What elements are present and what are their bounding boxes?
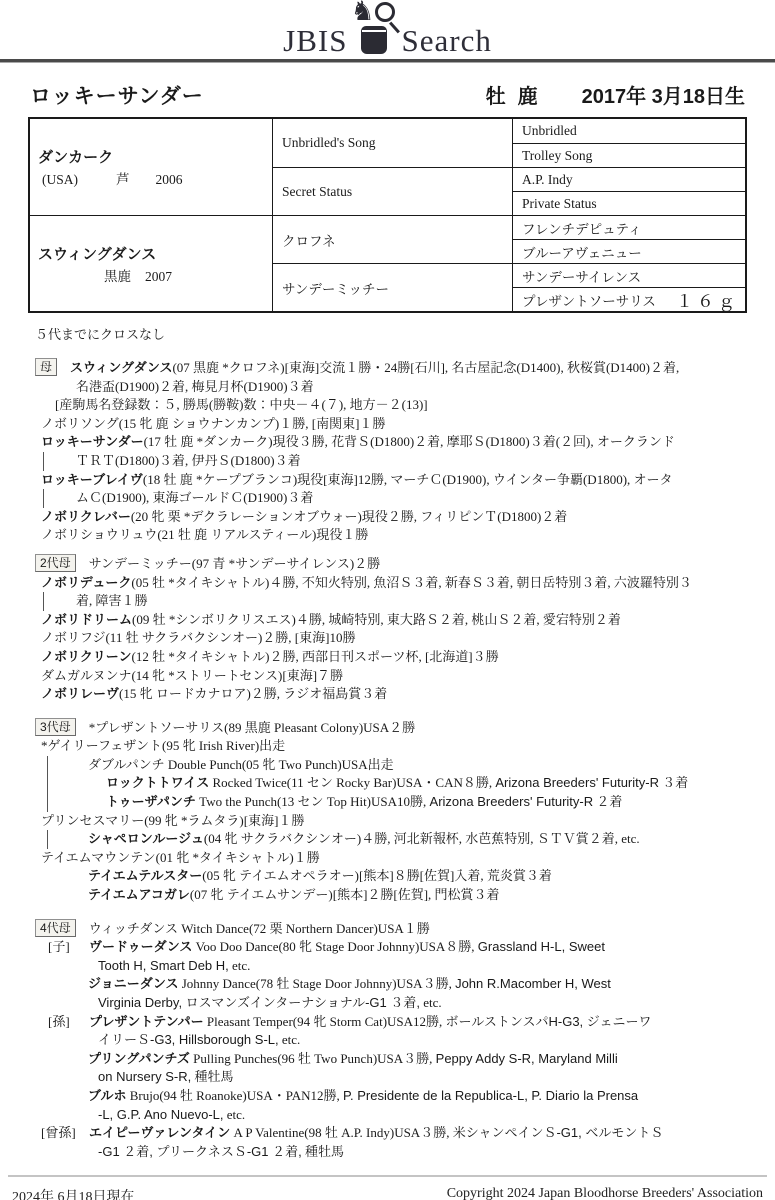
horse-name-bold: ブルホ: [88, 1088, 126, 1103]
horse-sex: 牡: [486, 80, 506, 109]
pedigree-line: ノボリショウリュウ(21 牡 鹿 リアルスティール)現役１勝: [35, 526, 755, 545]
pedigree-line: [産駒馬名登録数：５, 勝馬(勝鞍)数：中央－４(７), 地方－２(13)]: [35, 396, 755, 415]
detail-text: ノボリソング(15 牝 鹿 ショウナンカンプ)１勝, [南関東]１勝: [41, 416, 385, 431]
detail-text: (18 牡 鹿 *ケープブランコ)現役[東海]12勝, マーチＣ(D1900),…: [143, 472, 673, 487]
section-label: 4代母: [35, 919, 76, 937]
detail-text: 種牡馬: [191, 1069, 233, 1084]
race-name-text: -G1 ２着, プリークネスＳ-G1 ２着,: [98, 1144, 302, 1159]
race-name-text: P. Presidente de la Republica-L, P. Diar…: [343, 1088, 638, 1103]
pedigree-line: Virginia Derby, ロスマンズインターナショナル-G1 ３着, et…: [35, 994, 755, 1013]
pedigree-cell-grandparent: ブルーアヴェニュー: [512, 239, 745, 263]
pedigree-section: 4代母ウィッチダンス Witch Dance(72 栗 Northern Dan…: [35, 919, 755, 1162]
pedigree-line: ブルホ Brujo(94 牡 Roanoke)USA・PAN12勝, P. Pr…: [35, 1087, 755, 1106]
horse-name-bold: プレザントテンパー: [89, 1014, 204, 1029]
pedigree-section: 母スウィングダンス(07 黒鹿 *クロフネ)[東海]交流１勝・24勝[石川], …: [35, 358, 755, 545]
detail-text: [産駒馬名登録数：５, 勝馬(勝鞍)数：中央－４(７), 地方－２(13)]: [55, 397, 428, 412]
pedigree-report-page: { "colors": { "text":"#1a1a1a", "header_…: [0, 0, 775, 1200]
detail-text: ３着: [659, 775, 688, 790]
pedigree-line: シャペロンルージュ(04 牝 サクラバクシンオー)４勝, 河北新報杯, 水芭蕉特…: [35, 830, 755, 849]
detail-text: Voo Doo Dance(80 牝 Stage Door Johnny)USA…: [192, 939, 477, 954]
detail-text: 種牡馬: [302, 1144, 344, 1159]
page-footer: 2024年 6月18日現在 Copyright 2024 Japan Blood…: [8, 1175, 767, 1200]
pedigree-line: ロッキーブレイヴ(18 牡 鹿 *ケープブランコ)現役[東海]12勝, マーチＣ…: [35, 471, 755, 490]
grandparent-name: プレザントソーサリス: [522, 290, 656, 310]
magnifier-handle: [390, 22, 401, 34]
race-name-text: 米シャンペインＳ-G1, ベルモントＳ: [453, 1125, 664, 1140]
pedigree-line: 2代母サンデーミッチー(97 青 *サンデーサイレンス)２勝: [35, 554, 755, 574]
pedigree-line: ノボリクレバー(20 牝 栗 *デクラレーションオブウォー)現役２勝, フィリピ…: [35, 508, 755, 527]
jbis-logo-icon: ♞: [349, 2, 399, 56]
generation-prefix: [子]: [48, 938, 89, 957]
detail-text: (12 牡 *タイキシャトル)２勝, 西部日刊スポーツ杯, [北海道]３勝: [131, 649, 498, 664]
horse-name-bold: エイピーヴァレンタイン: [89, 1125, 230, 1140]
pedigree-line: ノボリフジ(11 牡 サクラバクシンオー)２勝, [東海]10勝: [35, 629, 755, 648]
pedigree-cell-parent: サンデーミッチー: [272, 263, 512, 311]
pedigree-cell-grandparent: Private Status: [512, 191, 745, 215]
horse-name-bold: ロッキーブレイヴ: [41, 472, 143, 487]
winners-circle-shape: [361, 26, 387, 54]
detail-text: ＴＲＴ(D1800)３着, 伊丹Ｓ(D1800)３着: [76, 453, 301, 468]
detail-text: ウィッチダンス Witch Dance(72 栗 Northern Dancer…: [89, 921, 430, 936]
detail-text: Brujo(94 牡 Roanoke)USA・PAN12勝,: [126, 1088, 343, 1103]
dam-detail: 黒鹿2007: [38, 265, 172, 285]
detail-text: (15 牝 ロードカナロア)２勝, ラジオ福島賞３着: [119, 686, 387, 701]
detail-text: (07 牝 テイエムサンデー)[熊本]２勝[佐賀], 門松賞３着: [190, 887, 500, 902]
detail-text: (17 牡 鹿 *ダンカーク)現役３勝, 花背Ｓ(D1800)２着, 摩耶Ｓ(D…: [144, 434, 675, 449]
detail-text: プリンセスマリー(99 牝 *ラムタラ)[東海]１勝: [41, 813, 304, 828]
pedigree-cell-dam: スウィングダンス 黒鹿2007: [30, 215, 272, 311]
pedigree-line: Tooth H, Smart Deb H, etc.: [35, 957, 755, 976]
logo-text-search: Search: [401, 25, 491, 56]
horse-name-bold: トゥーザパンチ: [106, 794, 196, 809]
race-name-text: -L, G.P. Ano Nuevo-L,: [98, 1107, 224, 1122]
race-name-text: Tooth H, Smart Deb H,: [98, 958, 229, 973]
pedigree-line: ノボリレーヴ(15 牝 ロードカナロア)２勝, ラジオ福島賞３着: [35, 685, 755, 704]
detail-text: *ゲイリーフェザント(95 牝 Irish River)出走: [41, 738, 285, 753]
pedigree-cell-grandparent: フレンチデピュティ: [512, 215, 745, 239]
cross-note: ５代までにクロスなし: [35, 324, 775, 343]
detail-text: ムＣ(D1900), 東海ゴールドＣ(D1900)３着: [76, 490, 313, 505]
pedigree-line: プリンセスマリー(99 牝 *ラムタラ)[東海]１勝: [35, 812, 755, 831]
pedigree-line: ノボリソング(15 牝 鹿 ショウナンカンプ)１勝, [南関東]１勝: [35, 415, 755, 434]
tree-connector-line: [47, 830, 48, 849]
horse-name-bold: ジョニーダンス: [88, 976, 178, 991]
logo-text-jbis: JBIS: [283, 25, 347, 56]
pedigree-line: テイエムマウンテン(01 牝 *タイキシャトル)１勝: [35, 849, 755, 868]
jbis-search-logo: JBIS ♞ Search: [283, 2, 492, 56]
section-label: 母: [35, 358, 57, 376]
pedigree-line: ノボリクリーン(12 牡 *タイキシャトル)２勝, 西部日刊スポーツ杯, [北海…: [35, 648, 755, 667]
page-header: JBIS ♞ Search: [0, 0, 775, 56]
pedigree-body: ５代までにクロスなし 母スウィングダンス(07 黒鹿 *クロフネ)[東海]交流１…: [0, 313, 775, 1175]
pedigree-line: 母スウィングダンス(07 黒鹿 *クロフネ)[東海]交流１勝・24勝[石川], …: [35, 358, 755, 378]
pedigree-cell-grandparent: Unbridled: [512, 119, 745, 143]
pedigree-line: ダブルパンチ Double Punch(05 牝 Two Punch)USA出走: [35, 756, 755, 775]
detail-text: etc.: [224, 1107, 246, 1122]
pedigree-mark: １６ｇ: [676, 287, 739, 311]
race-name-text: ボールストンスパH-G3, ジェニーワ: [446, 1014, 652, 1029]
detail-text: ２着: [593, 794, 622, 809]
detail-text: Pulling Punches(96 牡 Two Punch)USA３勝,: [190, 1051, 436, 1066]
section-label: 3代母: [35, 718, 76, 736]
pedigree-line: -G1 ２着, プリークネスＳ-G1 ２着, 種牡馬: [35, 1143, 755, 1162]
pedigree-line: 名港盃(D1900)２着, 梅見月杯(D1900)３着: [35, 378, 755, 397]
horse-name-bold: ロックトトワイス: [106, 775, 209, 790]
pedigree-line: ノボリデューク(05 牡 *タイキシャトル)４勝, 不知火特別, 魚沼Ｓ３着, …: [35, 574, 755, 593]
detail-text: *プレザントソーサリス(89 黒鹿 Pleasant Colony)USA２勝: [89, 720, 415, 735]
detail-text: (20 牝 栗 *デクラレーションオブウォー)現役２勝, フィリピンＴ(D180…: [131, 509, 567, 524]
detail-text: (05 牝 テイエムオペラオー)[熊本]８勝[佐賀]入着, 荒炎賞３着: [202, 868, 552, 883]
tree-connector-line: [43, 592, 44, 611]
horse-name-bold: ロッキーサンダー: [41, 434, 144, 449]
pedigree-line: テイエムアコガレ(07 牝 テイエムサンデー)[熊本]２勝[佐賀], 門松賞３着: [35, 886, 755, 905]
pedigree-table: ダンカーク (USA)芦2006 Unbridled's Song Unbrid…: [28, 117, 747, 313]
detail-text: Rocked Twice(11 セン Rocky Bar)USA・CAN８勝,: [209, 775, 495, 790]
race-name-text: Virginia Derby, ロスマンズインターナショナル-G1 ３着,: [98, 995, 420, 1010]
pedigree-cell-parent: Unbridled's Song: [272, 119, 512, 167]
detail-text: テイエムマウンテン(01 牝 *タイキシャトル)１勝: [41, 850, 320, 865]
race-name-text: on Nursery S-R,: [98, 1069, 191, 1084]
sire-name: ダンカーク: [38, 146, 113, 167]
horse-name-bold: テイエムテルスター: [88, 868, 202, 883]
pedigree-line: -L, G.P. Ano Nuevo-L, etc.: [35, 1106, 755, 1125]
pedigree-line: ノボリドリーム(09 牡 *シンボリクリスエス)４勝, 城崎特別, 東大路Ｓ２着…: [35, 611, 755, 630]
horse-birthdate: 2017年 3月18日生: [582, 80, 745, 109]
race-name-text: Peppy Addy S-R, Maryland Milli: [436, 1051, 618, 1066]
detail-text: サンデーミッチー(97 青 *サンデーサイレンス)２勝: [89, 556, 380, 571]
horse-info: 牡 鹿 2017年 3月18日生: [486, 80, 745, 109]
tree-connector-line: [43, 452, 44, 471]
detail-text: ダブルパンチ Double Punch(05 牝 Two Punch)USA出走: [88, 757, 394, 772]
generation-prefix: [孫]: [48, 1013, 89, 1032]
tree-connector-line: [47, 774, 48, 793]
tree-connector-line: [43, 489, 44, 508]
pedigree-section: 3代母*プレザントソーサリス(89 黒鹿 Pleasant Colony)USA…: [35, 718, 755, 905]
horse-name-bold: ノボリクレバー: [41, 509, 131, 524]
horse-icon: ♞: [350, 0, 374, 25]
horse-name-bold: プリングパンチズ: [88, 1051, 190, 1066]
detail-text: ノボリフジ(11 牡 サクラバクシンオー)２勝, [東海]10勝: [41, 630, 355, 645]
dam-name: スウィングダンス: [38, 243, 156, 264]
pedigree-line: ダムガルヌンナ(14 牝 *ストリートセンス)[東海]７勝: [35, 667, 755, 686]
pedigree-line: イリーＳ-G3, Hillsborough S-L, etc.: [35, 1031, 755, 1050]
magnifier-icon: [375, 2, 395, 22]
pedigree-cell-grandparent: プレザントソーサリス １６ｇ: [512, 287, 745, 311]
pedigree-line: on Nursery S-R, 種牡馬: [35, 1068, 755, 1087]
pedigree-line: ロックトトワイス Rocked Twice(11 セン Rocky Bar)US…: [35, 774, 755, 793]
pedigree-line: ロッキーサンダー(17 牡 鹿 *ダンカーク)現役３勝, 花背Ｓ(D1800)２…: [35, 433, 755, 452]
detail-text: (04 牝 サクラバクシンオー)４勝, 河北新報杯, 水芭蕉特別, ＳＴＶ賞２着…: [204, 831, 640, 846]
title-row: ロッキーサンダー 牡 鹿 2017年 3月18日生: [30, 80, 745, 110]
copyright-text: Copyright 2024 Japan Bloodhorse Breeders…: [447, 1186, 763, 1200]
tree-connector-line: [47, 756, 48, 775]
pedigree-line: プリングパンチズ Pulling Punches(96 牡 Two Punch)…: [35, 1050, 755, 1069]
pedigree-cell-grandparent: サンデーサイレンス: [512, 263, 745, 287]
pedigree-line: テイエムテルスター(05 牝 テイエムオペラオー)[熊本]８勝[佐賀]入着, 荒…: [35, 867, 755, 886]
detail-text: Pleasant Temper(94 牝 Storm Cat)USA12勝,: [204, 1014, 446, 1029]
detail-text: (09 牡 *シンボリクリスエス)４勝, 城崎特別, 東大路Ｓ２着, 桃山Ｓ２着…: [132, 612, 621, 627]
pedigree-line: 着, 障害１勝: [35, 592, 755, 611]
pedigree-line: 4代母ウィッチダンス Witch Dance(72 栗 Northern Dan…: [35, 919, 755, 939]
family-sections: 母スウィングダンス(07 黒鹿 *クロフネ)[東海]交流１勝・24勝[石川], …: [35, 358, 755, 1161]
detail-text: A P Valentine(98 牡 A.P. Indy)USA３勝,: [230, 1125, 452, 1140]
horse-name-bold: ヴードゥーダンス: [89, 939, 192, 954]
detail-text: etc.: [420, 995, 442, 1010]
pedigree-cell-parent: Secret Status: [272, 167, 512, 215]
pedigree-cell-grandparent: Trolley Song: [512, 143, 745, 167]
horse-name-bold: スウィングダンス: [70, 360, 172, 375]
race-name-text: Arizona Breeders' Futurity-R: [430, 794, 594, 809]
detail-text: Johnny Dance(78 牡 Stage Door Johnny)USA３…: [178, 976, 455, 991]
pedigree-cell-grandparent: A.P. Indy: [512, 167, 745, 191]
sire-detail: (USA)芦2006: [38, 168, 183, 188]
pedigree-line: ムＣ(D1900), 東海ゴールドＣ(D1900)３着: [35, 489, 755, 508]
race-name-text: John R.Macomber H, West: [455, 976, 611, 991]
detail-text: 着, 障害１勝: [76, 593, 148, 608]
pedigree-cell-sire: ダンカーク (USA)芦2006: [30, 119, 272, 215]
pedigree-line: [孫]プレザントテンパー Pleasant Temper(94 牝 Storm …: [35, 1013, 755, 1032]
detail-text: ダムガルヌンナ(14 牝 *ストリートセンス)[東海]７勝: [41, 668, 343, 683]
pedigree-line: [子]ヴードゥーダンス Voo Doo Dance(80 牝 Stage Doo…: [35, 938, 755, 957]
pedigree-section: 2代母サンデーミッチー(97 青 *サンデーサイレンス)２勝ノボリデューク(05…: [35, 554, 755, 704]
page-title-horse-name: ロッキーサンダー: [30, 80, 204, 110]
pedigree-line: 3代母*プレザントソーサリス(89 黒鹿 Pleasant Colony)USA…: [35, 718, 755, 738]
detail-text: ノボリショウリュウ(21 牡 鹿 リアルスティール)現役１勝: [41, 527, 368, 542]
pedigree-line: ジョニーダンス Johnny Dance(78 牡 Stage Door Joh…: [35, 975, 755, 994]
horse-name-bold: ノボリデューク: [41, 575, 131, 590]
horse-coat: 鹿: [518, 80, 538, 109]
horse-name-bold: シャペロンルージュ: [88, 831, 204, 846]
detail-text: (05 牡 *タイキシャトル)４勝, 不知火特別, 魚沼Ｓ３着, 新春Ｓ３着, …: [131, 575, 692, 590]
detail-text: (07 黒鹿 *クロフネ)[東海]交流１勝・24勝[石川], 名古屋記念(D14…: [172, 360, 679, 375]
tree-connector-line: [47, 793, 48, 812]
as-of-date: 2024年 6月18日現在: [12, 1186, 135, 1200]
horse-name-bold: ノボリドリーム: [41, 612, 132, 627]
race-name-text: Grassland H-L, Sweet: [478, 939, 605, 954]
detail-text: etc.: [279, 1032, 301, 1047]
generation-prefix: [曾孫]: [41, 1124, 89, 1143]
race-name-text: Arizona Breeders' Futurity-R: [495, 775, 659, 790]
header-double-rule: [0, 59, 775, 63]
detail-text: Two the Punch(13 セン Top Hit)USA10勝,: [196, 794, 430, 809]
detail-text: etc.: [229, 958, 251, 973]
section-label: 2代母: [35, 554, 76, 572]
pedigree-line: *ゲイリーフェザント(95 牝 Irish River)出走: [35, 737, 755, 756]
pedigree-cell-parent: クロフネ: [272, 215, 512, 263]
horse-name-bold: テイエムアコガレ: [88, 887, 190, 902]
race-name-text: イリーＳ-G3, Hillsborough S-L,: [98, 1032, 279, 1047]
pedigree-line: [曾孫]エイピーヴァレンタイン A P Valentine(98 牡 A.P. …: [35, 1124, 755, 1143]
pedigree-line: ＴＲＴ(D1800)３着, 伊丹Ｓ(D1800)３着: [35, 452, 755, 471]
pedigree-line: トゥーザパンチ Two the Punch(13 セン Top Hit)USA1…: [35, 793, 755, 812]
detail-text: 名港盃(D1900)２着, 梅見月杯(D1900)３着: [76, 379, 314, 394]
horse-name-bold: ノボリクリーン: [41, 649, 131, 664]
horse-name-bold: ノボリレーヴ: [41, 686, 119, 701]
